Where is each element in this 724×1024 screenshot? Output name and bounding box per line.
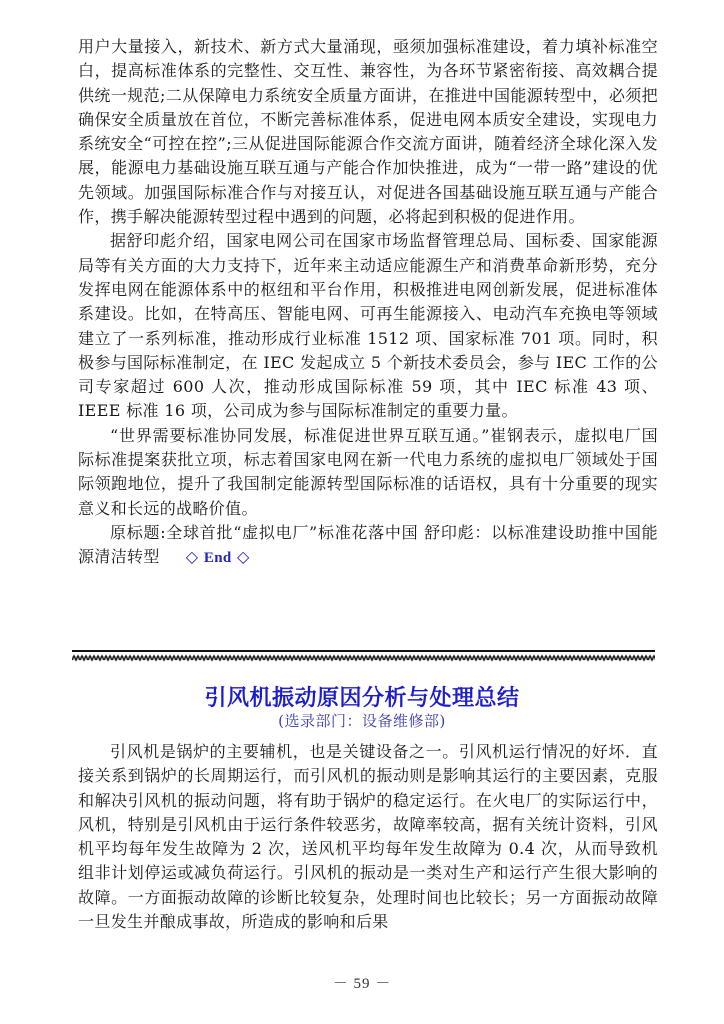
zigzag-border-icon <box>72 654 655 662</box>
end-marker: ◇ End ◇ <box>186 547 250 566</box>
diamond-icon: ◇ <box>186 547 199 566</box>
article-title: 引风机振动原因分析与处理总结 <box>0 681 724 712</box>
end-label: End <box>204 550 232 566</box>
original-title-paragraph: 原标题:全球首批“虚拟电厂”标准花落中国 舒印彪：以标准建设助推中国能源清洁转型… <box>78 521 658 571</box>
diamond-icon: ◇ <box>237 547 250 566</box>
article-body: 引风机是锅炉的主要辅机，也是关键设备之一。引风机运行情况的好坏．直接关系到锅炉的… <box>78 740 658 934</box>
article-continuation: 用户大量接入，新技术、新方式大量涌现，亟须加强标准建设，着力填补标准空白，提高标… <box>78 35 658 571</box>
paragraph: 引风机是锅炉的主要辅机，也是关键设备之一。引风机运行情况的好坏．直接关系到锅炉的… <box>78 740 658 934</box>
original-title-text: 原标题:全球首批“虚拟电厂”标准花落中国 舒印彪：以标准建设助推中国能源清洁转型 <box>78 523 658 566</box>
paragraph: 用户大量接入，新技术、新方式大量涌现，亟须加强标准建设，着力填补标准空白，提高标… <box>78 35 658 229</box>
article-department: (选录部门：设备维修部) <box>0 710 724 731</box>
page-number: － 59 － <box>0 972 724 993</box>
section-divider <box>72 650 655 664</box>
document-page: 用户大量接入，新技术、新方式大量涌现，亟须加强标准建设，着力填补标准空白，提高标… <box>0 0 724 1024</box>
paragraph: “世界需要标准协同发展，标准促进世界互联互通。”崔钢表示，虚拟电厂国际标准提案获… <box>78 424 658 521</box>
paragraph: 据舒印彪介绍，国家电网公司在国家市场监督管理总局、国标委、国家能源局等有关方面的… <box>78 229 658 423</box>
divider-line <box>72 650 655 652</box>
